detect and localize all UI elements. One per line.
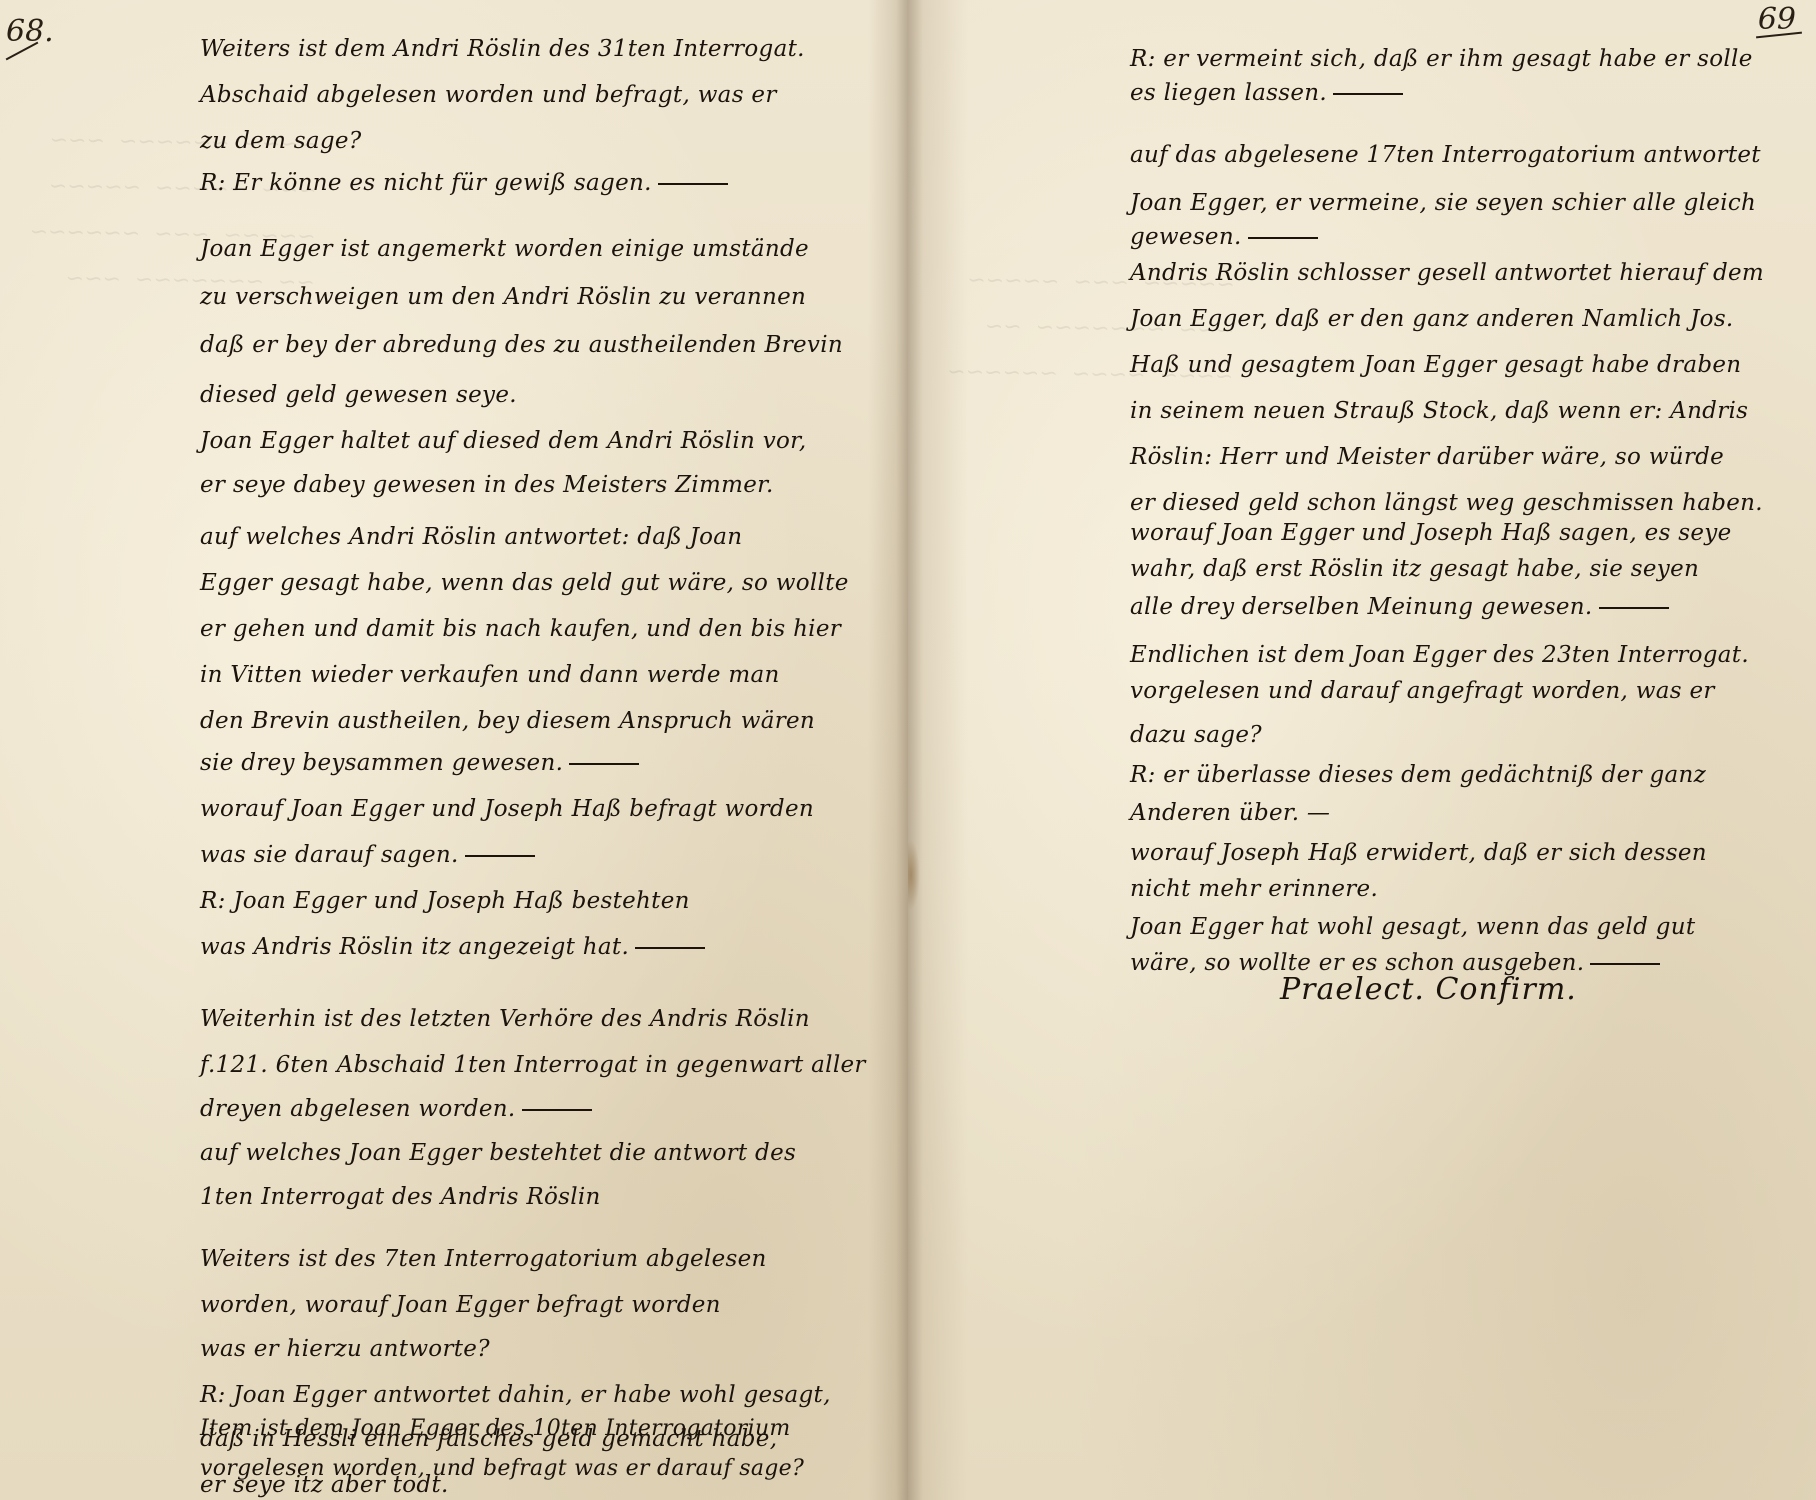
text-line: Andris Röslin schlosser gesell antwortet… — [1130, 260, 1764, 286]
text-line: Röslin: Herr und Meister darüber wäre, s… — [1130, 444, 1724, 470]
text-line: worauf Joseph Haß erwidert, daß er sich … — [1130, 840, 1707, 866]
text-line: er diesed geld schon längst weg geschmis… — [1130, 490, 1763, 516]
text-line: R: Joan Egger antwortet dahin, er habe w… — [200, 1382, 831, 1408]
text-line: Weiterhin ist des letzten Verhöre des An… — [200, 1006, 810, 1032]
text-line: R: Er könne es nicht für gewiß sagen. — [200, 170, 728, 196]
text-line: sie drey beysammen gewesen. — [200, 750, 639, 776]
text-line: diesed geld gewesen seye. — [200, 382, 517, 408]
closing-formula: Praelect. Confirm. — [1280, 972, 1577, 1007]
text-line: Joan Egger, er vermeine, sie seyen schie… — [1130, 190, 1756, 216]
text-line: Weiters ist dem Andri Röslin des 31ten I… — [200, 36, 805, 62]
folio-number-right: 69 — [1758, 2, 1796, 37]
text-line: R: Joan Egger und Joseph Haß bestehten — [200, 888, 690, 914]
text-line: R: er vermeint sich, daß er ihm gesagt h… — [1130, 46, 1753, 72]
text-line: alle drey derselben Meinung gewesen. — [1130, 594, 1669, 620]
right-page: ~~~~~ ~~~ ~~~~~ ~~~ ~~~~~~~ ~~ ~~~~ ~~~~… — [908, 0, 1816, 1500]
text-line: nicht mehr erinnere. — [1130, 876, 1378, 902]
text-line: er gehen und damit bis nach kaufen, und … — [200, 616, 841, 642]
text-line: Item ist dem Joan Egger des 10ten Interr… — [200, 1416, 791, 1441]
text-line: was er hierzu antworte? — [200, 1336, 490, 1362]
left-page: ~~~~ ~~~~~~ ~~~ ~~~ ~~~~~ ~~~~~ ~~~~~ ~~… — [0, 0, 908, 1500]
text-line: Abschaid abgelesen worden und befragt, w… — [200, 82, 777, 108]
text-line: wahr, daß erst Röslin itz gesagt habe, s… — [1130, 556, 1699, 582]
text-line: auf das abgelesene 17ten Interrogatorium… — [1130, 142, 1761, 168]
text-line: es liegen lassen. — [1130, 80, 1403, 106]
text-line: worauf Joan Egger und Joseph Haß befragt… — [200, 796, 814, 822]
text-line: er seye dabey gewesen in des Meisters Zi… — [200, 472, 774, 498]
text-line: dreyen abgelesen worden. — [200, 1096, 592, 1122]
text-line: Joan Egger haltet auf diesed dem Andri R… — [200, 428, 807, 454]
text-line: in Vitten wieder verkaufen und dann werd… — [200, 662, 780, 688]
text-line: Joan Egger, daß er den ganz anderen Naml… — [1130, 306, 1734, 332]
text-line: Joan Egger hat wohl gesagt, wenn das gel… — [1130, 914, 1695, 940]
text-line: vorgelesen und darauf angefragt worden, … — [1130, 678, 1715, 704]
text-line: was Andris Röslin itz angezeigt hat. — [200, 934, 705, 960]
folio-number-left: 68. — [6, 14, 54, 49]
text-line: auf welches Joan Egger bestehtet die ant… — [200, 1140, 796, 1166]
text-line: vorgelesen worden, und befragt was er da… — [200, 1456, 804, 1481]
text-line: den Brevin austheilen, bey diesem Anspru… — [200, 708, 815, 734]
text-line: Egger gesagt habe, wenn das geld gut wär… — [200, 570, 849, 596]
text-line: zu verschweigen um den Andri Röslin zu v… — [200, 284, 806, 310]
text-line: 1ten Interrogat des Andris Röslin — [200, 1184, 601, 1210]
text-line: worden, worauf Joan Egger befragt worden — [200, 1292, 721, 1318]
text-line: Endlichen ist dem Joan Egger des 23ten I… — [1130, 642, 1749, 668]
text-line: was sie darauf sagen. — [200, 842, 535, 868]
text-line: Haß und gesagtem Joan Egger gesagt habe … — [1130, 352, 1741, 378]
text-line: Anderen über. — — [1130, 800, 1330, 826]
text-line: auf welches Andri Röslin antwortet: daß … — [200, 524, 742, 550]
text-line: f.121. 6ten Abschaid 1ten Interrogat in … — [200, 1052, 866, 1078]
text-line: Joan Egger ist angemerkt worden einige u… — [200, 236, 809, 262]
text-line: worauf Joan Egger und Joseph Haß sagen, … — [1130, 520, 1732, 546]
book-spread: ~~~~ ~~~~~~ ~~~ ~~~ ~~~~~ ~~~~~ ~~~~~ ~~… — [0, 0, 1816, 1500]
text-line: zu dem sage? — [200, 128, 361, 154]
text-line: Weiters ist des 7ten Interrogatorium abg… — [200, 1246, 767, 1272]
gutter-stain — [908, 840, 920, 910]
text-line: in seinem neuen Strauß Stock, daß wenn e… — [1130, 398, 1748, 424]
text-line: daß er bey der abredung des zu austheile… — [200, 332, 843, 358]
text-line: dazu sage? — [1130, 722, 1262, 748]
text-line: R: er überlasse dieses dem gedächtniß de… — [1130, 762, 1706, 788]
text-line: gewesen. — [1130, 224, 1318, 250]
